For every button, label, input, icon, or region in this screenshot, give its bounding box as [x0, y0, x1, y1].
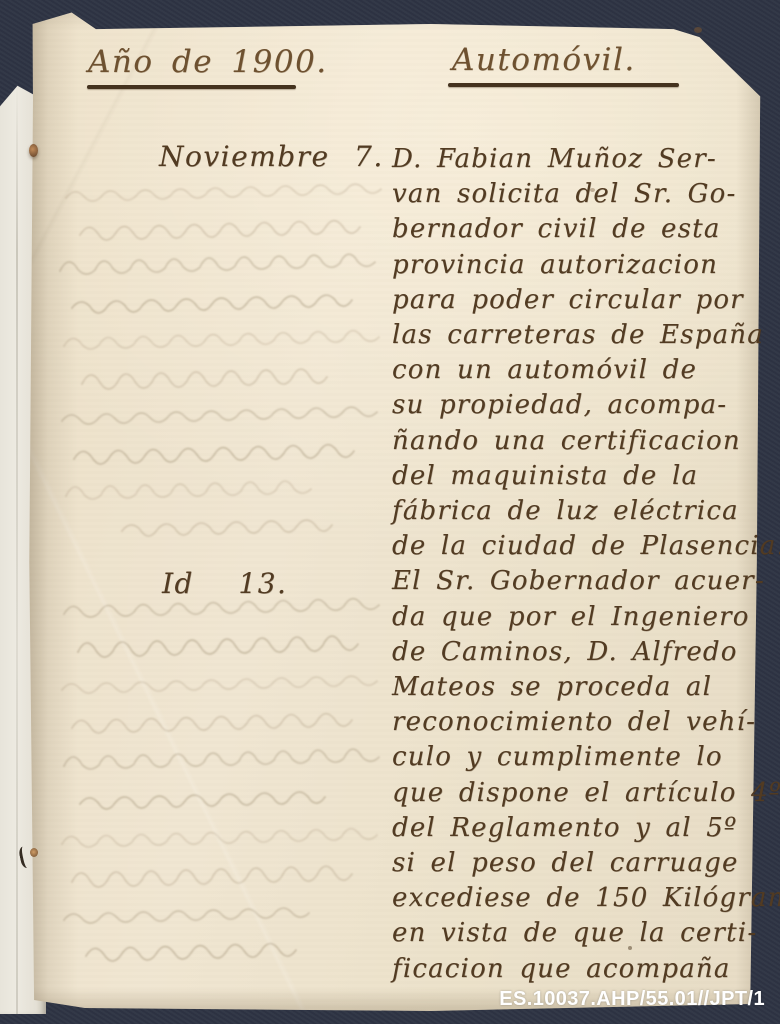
year-heading: Año de 1900. — [88, 44, 328, 89]
handwritten-line: culo y cumplimente lo — [392, 740, 764, 775]
handwritten-line: si el peso del carruage — [392, 846, 764, 881]
handwritten-line: ficacion que acompaña — [392, 952, 764, 987]
handwritten-line: excediese de 150 Kilógramos, — [392, 881, 764, 916]
handwritten-line: del Reglamento y al 5º — [392, 811, 764, 846]
handwritten-line: bernador civil de esta — [392, 212, 764, 247]
handwritten-line: van solicita del Sr. Go- — [392, 177, 764, 212]
handwritten-line: fábrica de luz eléctrica — [392, 494, 764, 529]
page-crease — [16, 82, 18, 1014]
manuscript-photo: Año de 1900. Automóvil. Noviembre 7. D. … — [0, 0, 780, 1024]
handwritten-line: con un automóvil de — [392, 353, 764, 388]
archive-reference: ES.10037.AHP/55.01//JPT/1 — [499, 988, 765, 1011]
handwritten-line: para poder circular por — [392, 283, 764, 318]
handwritten-line: reconocimiento del vehí- — [392, 705, 764, 740]
subject-heading-text: Automóvil. — [452, 42, 679, 78]
entry-november-7: Noviembre 7. D. Fabian Muñoz Ser-van sol… — [392, 142, 764, 564]
handwritten-line: de Caminos, D. Alfredo — [392, 635, 764, 670]
handwritten-line: D. Fabian Muñoz Ser- — [392, 142, 764, 177]
handwritten-line: del maquinista de la — [392, 459, 764, 494]
handwritten-line: Mateos se proceda al — [392, 670, 764, 705]
paper-stain — [694, 27, 702, 33]
year-heading-underline — [87, 85, 296, 89]
year-heading-text: Año de 1900. — [88, 44, 328, 80]
entry-date: Id 13. — [162, 567, 287, 600]
handwritten-line: provincia autorizacion — [392, 248, 764, 283]
handwritten-line: da que por el Ingeniero — [392, 600, 764, 635]
entry-date: Noviembre 7. — [159, 140, 384, 173]
subject-heading: Automóvil. — [452, 42, 679, 87]
handwritten-line: de la ciudad de Plasencia. — [392, 529, 764, 564]
handwritten-line: ñando una certificacion — [392, 424, 764, 459]
handwritten-line: que dispone el artículo 4º — [392, 776, 764, 811]
binding-stitch-hole — [29, 144, 38, 157]
entry-text: El Sr. Gobernador acuer-da que por el In… — [392, 564, 764, 986]
subject-heading-underline — [448, 83, 679, 87]
entries-column: Noviembre 7. D. Fabian Muñoz Ser-van sol… — [392, 142, 764, 987]
handwritten-line: las carreteras de España — [392, 318, 764, 353]
handwritten-line: su propiedad, acompa- — [392, 388, 764, 423]
entry-id-13: Id 13. El Sr. Gobernador acuer-da que po… — [392, 564, 764, 986]
entry-text: D. Fabian Muñoz Ser-van solicita del Sr.… — [392, 142, 764, 564]
handwritten-line: El Sr. Gobernador acuer- — [392, 564, 764, 599]
handwritten-line: en vista de que la certi- — [392, 916, 764, 951]
binding-stitch-hole — [30, 848, 38, 857]
